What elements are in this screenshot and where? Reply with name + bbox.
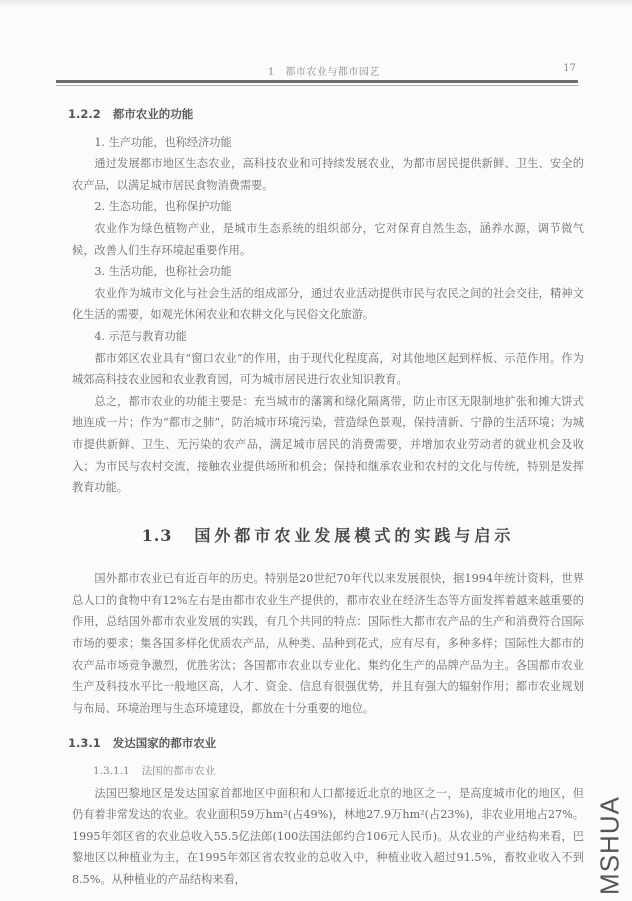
summary-paragraph: 总之，都市农业的功能主要是：充当城市的藩篱和绿化隔离带，防止市区无限制地扩张和摊… <box>72 391 584 499</box>
page-number: 17 <box>563 63 576 74</box>
function-paragraph: 农业作为城市文化与社会生活的组成部分，通过农业活动提供市民与农民之间的社会交往，… <box>72 283 584 326</box>
running-title: 1 都市农业与都市园艺 <box>268 63 380 78</box>
section-number: 1.3 <box>142 526 173 545</box>
intro-paragraph: 国外都市农业已有近百年的历史。特别是20世纪70年代以来发展很快，据1994年统… <box>72 568 584 719</box>
header-rule-thick <box>56 80 578 83</box>
page-body: 1.2.2都市农业的功能 1. 生产功能，也称经济功能 通过发展都市地区生态农业… <box>72 104 584 891</box>
watermark: MSHUA <box>590 790 630 900</box>
subsection-heading-1-3-1-1: 1.3.1.1法国的都市农业 <box>72 761 584 783</box>
section-title: 都市农业的功能 <box>113 107 194 121</box>
function-paragraph: 通过发展都市地区生态农业，高科技农业和可持续发展农业，为都市居民提供新鲜、卫生、… <box>72 153 584 196</box>
subsection-title: 法国的都市农业 <box>142 765 216 777</box>
function-heading: 4. 示范与教育功能 <box>72 326 584 348</box>
function-paragraph: 都市郊区农业具有“窗口农业”的作用，由于现代化程度高，对其他地区起到样板、示范作… <box>72 348 584 391</box>
function-heading: 2. 生态功能，也称保护功能 <box>72 196 584 218</box>
header-rule-thin <box>56 85 578 86</box>
subsection-number: 1.3.1.1 <box>93 765 130 777</box>
france-paragraph: 法国巴黎地区是发达国家首都地区中面积和人口都接近北京的地区之一，是高度城市化的地… <box>72 783 584 891</box>
section-number: 1.3.1 <box>68 736 101 750</box>
section-title: 国外都市农业发展模式的实践与启示 <box>194 526 514 545</box>
watermark-text: MSHUA <box>595 796 626 896</box>
scan-edge-shadow <box>0 0 632 8</box>
section-number: 1.2.2 <box>68 107 101 121</box>
function-heading: 3. 生活功能，也称社会功能 <box>72 261 584 283</box>
function-heading: 1. 生产功能，也称经济功能 <box>72 132 584 154</box>
section-heading-1-3-1: 1.3.1发达国家的都市农业 <box>68 733 584 755</box>
section-title: 发达国家的都市农业 <box>113 736 217 750</box>
running-header: 1 都市农业与都市园艺 17 <box>56 62 578 78</box>
section-heading-1-2-2: 1.2.2都市农业的功能 <box>68 104 584 126</box>
function-paragraph: 农业作为绿色植物产业，是城市生态系统的组织部分，它对保育自然生态，涵养水源，调节… <box>72 218 584 261</box>
section-heading-1-3: 1.3国外都市农业发展模式的实践与启示 <box>72 525 584 547</box>
